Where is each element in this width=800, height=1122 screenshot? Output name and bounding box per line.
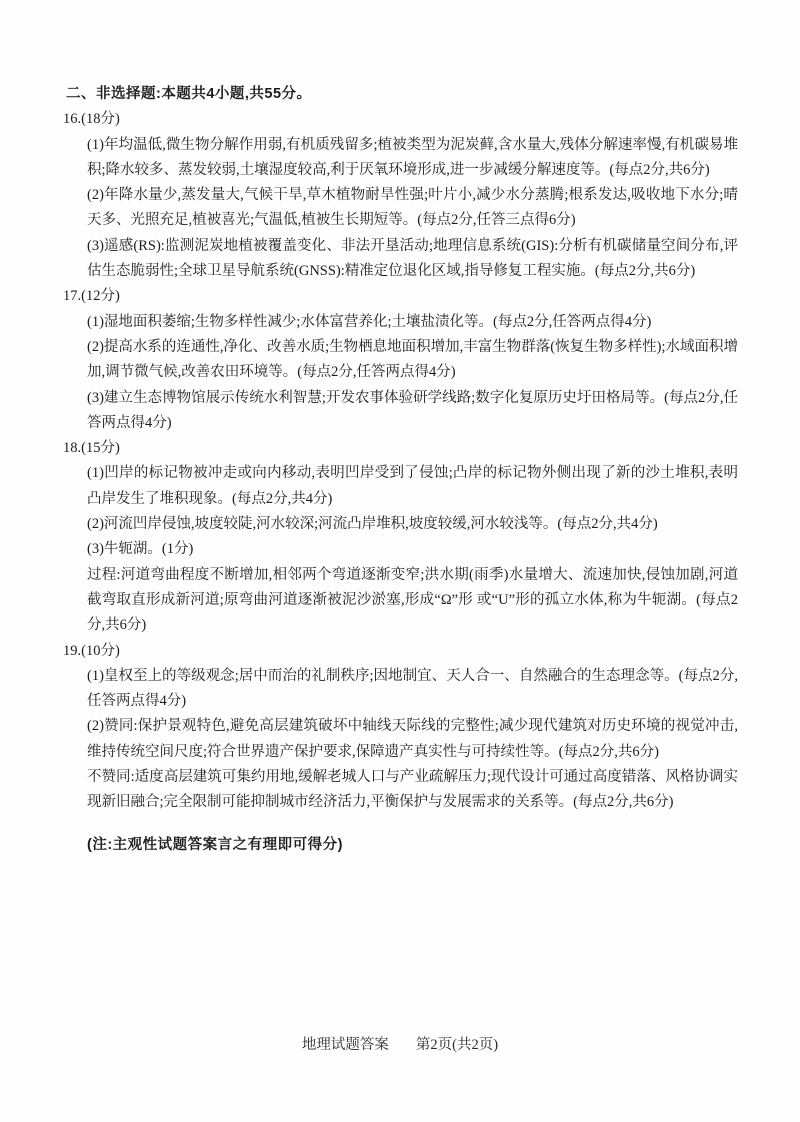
question-19-answer-2-agree: (2)赞同:保护景观特色,避免高层建筑破坏中轴线天际线的完整性;减少现代建筑对历…	[87, 714, 738, 765]
question-17-heading: 17.(12分)	[63, 284, 738, 309]
page-footer: 地理试题答案第2页(共2页)	[0, 1033, 800, 1054]
question-19-heading: 19.(10分)	[63, 639, 738, 664]
question-18-answer-2: (2)河流凹岸侵蚀,坡度较陡,河水较深;河流凸岸堆积,坡度较缓,河水较浅等。(每…	[87, 512, 738, 537]
question-17-answer-3: (3)建立生态博物馆展示传统水利智慧;开发农事体验研学线路;数字化复原历史圩田格…	[87, 386, 738, 437]
question-18-heading: 18.(15分)	[63, 436, 738, 461]
question-19-answer-1: (1)皇权至上的等级观念;居中而治的礼制秩序;因地制宜、天人合一、自然融合的生态…	[87, 664, 738, 715]
question-16-answer-2: (2)年降水量少,蒸发量大,气候干旱,草木植物耐旱性强;叶片小,减少水分蒸腾;根…	[87, 183, 738, 234]
question-16: 16.(18分) (1)年均温低,微生物分解作用弱,有机质残留多;植被类型为泥炭…	[63, 107, 738, 284]
question-19-answer-2-disagree: 不赞同:适度高层建筑可集约用地,缓解老城人口与产业疏解压力;现代设计可通过高度错…	[87, 765, 738, 816]
question-18-answer-3-process: 过程:河道弯曲程度不断增加,相邻两个弯道逐渐变窄;洪水期(雨季)水量增大、流速加…	[87, 563, 738, 639]
section-header: 二、非选择题:本题共4小题,共55分。	[66, 82, 738, 107]
question-16-heading: 16.(18分)	[63, 107, 738, 132]
question-17-answer-1: (1)湿地面积萎缩;生物多样性减少;水体富营养化;土壤盐渍化等。(每点2分,任答…	[87, 310, 738, 335]
question-17: 17.(12分) (1)湿地面积萎缩;生物多样性减少;水体富营养化;土壤盐渍化等…	[63, 284, 738, 436]
page-content: 二、非选择题:本题共4小题,共55分。 16.(18分) (1)年均温低,微生物…	[63, 82, 738, 858]
question-18-answer-3: (3)牛轭湖。(1分)	[87, 537, 738, 562]
footer-document-title: 地理试题答案	[302, 1037, 389, 1053]
grading-note: (注:主观性试题答案言之有理即可得分)	[87, 833, 738, 858]
question-16-answer-3: (3)遥感(RS):监测泥炭地植被覆盖变化、非法开垦活动;地理信息系统(GIS)…	[87, 234, 738, 285]
answer-sheet-page: 二、非选择题:本题共4小题,共55分。 16.(18分) (1)年均温低,微生物…	[0, 0, 800, 1122]
question-18-answer-1: (1)凹岸的标记物被冲走或向内移动,表明凹岸受到了侵蚀;凸岸的标记物外侧出现了新…	[87, 461, 738, 512]
question-16-answer-1: (1)年均温低,微生物分解作用弱,有机质残留多;植被类型为泥炭藓,含水量大,残体…	[87, 133, 738, 184]
question-18: 18.(15分) (1)凹岸的标记物被冲走或向内移动,表明凹岸受到了侵蚀;凸岸的…	[63, 436, 738, 638]
question-19: 19.(10分) (1)皇权至上的等级观念;居中而治的礼制秩序;因地制宜、天人合…	[63, 639, 738, 816]
question-17-answer-2: (2)提高水系的连通性,净化、改善水质;生物栖息地面积增加,丰富生物群落(恢复生…	[87, 335, 738, 386]
footer-page-number: 第2页(共2页)	[416, 1037, 498, 1053]
